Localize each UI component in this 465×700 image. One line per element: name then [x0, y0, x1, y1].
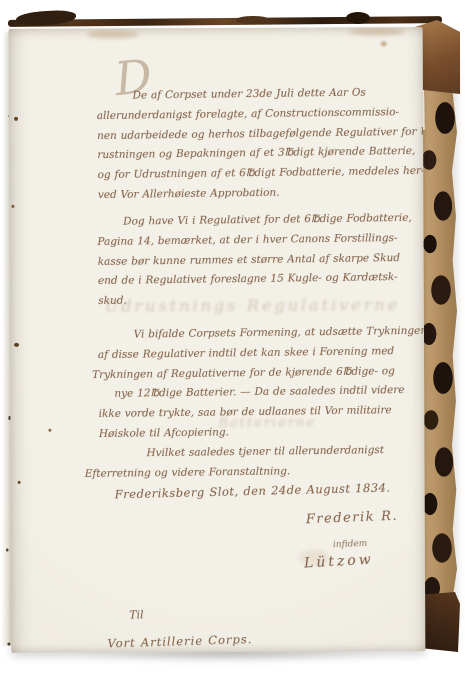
book-top-edge-detail — [346, 12, 370, 24]
text-line: ved Vor Allerhøieste Approbation. — [98, 182, 426, 206]
text-line: skud. — [98, 288, 413, 312]
paragraph: De af Corpset under 23de Juli dette Aar … — [96, 83, 425, 206]
address-recipient: Vort Artillerie Corps. — [107, 632, 252, 650]
paragraph: Vi bifalde Corpsets Formening, at udsætt… — [97, 322, 425, 445]
paragraph: Dog have Vi i Regulativet for det 6℔dige… — [97, 209, 413, 312]
text-line: Hvilket saaledes tjener til allerunderda… — [98, 441, 384, 465]
book-top-edge-detail — [236, 16, 270, 24]
manuscript-page: D Udrustnings Regulativerne Batterierne … — [9, 27, 426, 653]
manuscript-text: D Udrustnings Regulativerne Batterierne … — [9, 27, 426, 653]
marbled-board-edge — [421, 48, 457, 608]
paragraph: Hvilket saaledes tjener til allerunderda… — [98, 441, 384, 484]
royal-signature: Frederik R. — [306, 509, 399, 528]
countersignature: Lützow — [304, 552, 375, 572]
text-line: og for Udrustningen af et 6℔digt Fodbatt… — [97, 162, 425, 186]
in-fidem-note: infidem — [333, 539, 368, 550]
manuscript-photo: D Udrustnings Regulativerne Batterierne … — [0, 0, 465, 700]
address-to: Til — [129, 608, 144, 621]
